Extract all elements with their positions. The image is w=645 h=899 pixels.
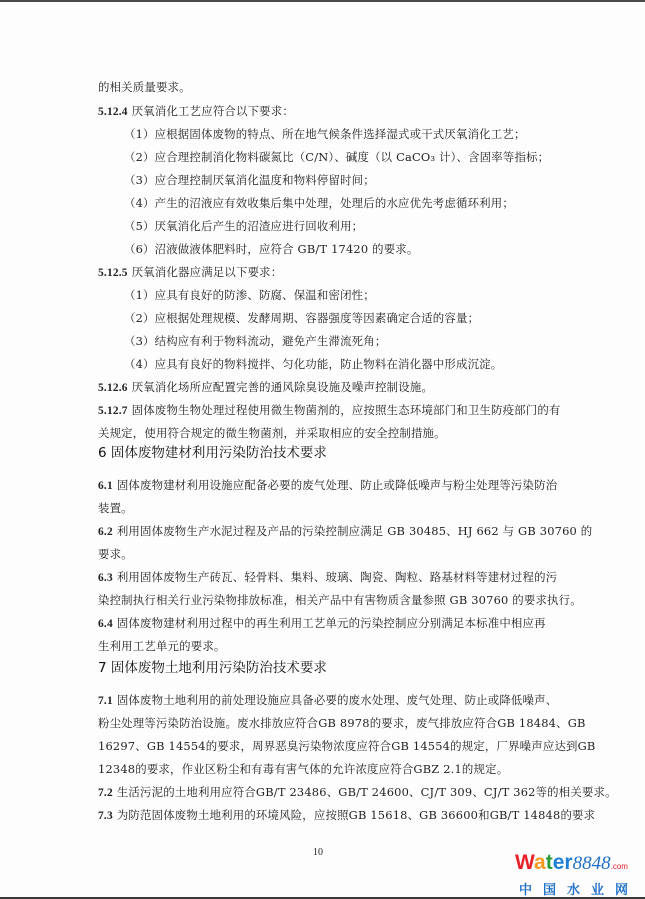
- text-line: 粉尘处理等污染防治设施。废水排放应符合GB 8978的要求，废气排放应符合GB …: [98, 716, 586, 730]
- text-line: 16297、GB 14554的要求，周界恶臭污染物浓度应符合GB 14554的规…: [98, 739, 596, 753]
- list-item: （1）应具有良好的防渗、防腐、保温和密闭性；: [124, 288, 375, 302]
- clause-6-4: 6.4固体废物建材利用过程中的再生利用工艺单元的污染控制应分别满足本标准中相应再: [98, 616, 546, 631]
- text-line: 关规定，使用符合规定的微生物菌剂，并采取相应的安全控制措施。: [98, 426, 446, 440]
- clause-7-3: 7.3为防范固体废物土地利用的环境风险，应按照GB 15618、GB 36600…: [98, 808, 595, 823]
- text-line: 生利用工艺单元的要求。: [98, 639, 226, 653]
- list-item: （3）应合理控制厌氧消化温度和物料停留时间；: [124, 173, 375, 187]
- section-heading-6: 6 固体废物建材利用污染防治技术要求: [98, 445, 327, 461]
- list-item: （4）应具有良好的物料搅拌、匀化功能，防止物料在消化器中形成沉淀。: [124, 357, 502, 371]
- list-item: （2）应根据处理规模、发酵周期、容器强度等因素确定合适的容量；: [124, 311, 479, 325]
- clause-5-12-6: 5.12.6厌氧消化场所应配置完善的通风除臭设施及噪声控制设施。: [98, 380, 433, 395]
- text-line: 12348的要求，作业区粉尘和有毒有害气体的允许浓度应符合GBZ 2.1的规定。: [98, 762, 508, 776]
- top-border: [0, 0, 645, 2]
- section-heading-7: 7 固体废物土地利用污染防治技术要求: [98, 660, 327, 676]
- text-line: 染控制执行相关行业污染物排放标准，相关产品中有害物质含量参照 GB 30760 …: [98, 593, 582, 607]
- clause-7-2: 7.2生活污泥的土地利用应符合GB/T 23486、GB/T 24600、CJ/…: [98, 785, 617, 800]
- clause-5-12-5: 5.12.5厌氧消化器应满足以下要求：: [98, 265, 282, 280]
- clause-6-1: 6.1固体废物建材利用设施应配备必要的废气处理、防止或降低噪声与粉尘处理等污染防…: [98, 478, 557, 493]
- text-line: 要求。: [98, 547, 133, 561]
- list-item: （6）沼液做液体肥料时，应符合 GB/T 17420 的要求。: [124, 242, 418, 256]
- list-item: （5）厌氧消化后产生的沼渣应进行回收利用；: [124, 219, 363, 233]
- list-item: （4）产生的沼液应有效收集后集中处理，处理后的水应优先考虑循环利用；: [124, 196, 514, 210]
- watermark-logo: Water8848.com 中国水业网: [515, 852, 643, 898]
- list-item: （2）应合理控制消化物料碳氮比（C/N）、碱度（以 CaCO₃ 计）、含固率等指…: [124, 150, 549, 164]
- clause-6-2: 6.2利用固体废物生产水泥过程及产品的污染控制应满足 GB 30485、HJ 6…: [98, 524, 592, 539]
- clause-7-1: 7.1固体废物土地利用的前处理设施应具备必要的废水处理、废气处理、防止或降低噪声…: [98, 693, 557, 708]
- watermark-brand: Water8848.com: [515, 852, 643, 878]
- clause-6-3: 6.3利用固体废物生产砖瓦、轻骨料、集料、玻璃、陶瓷、陶粒、路基材料等建材过程的…: [98, 570, 557, 585]
- clause-5-12-4: 5.12.4厌氧消化工艺应符合以下要求：: [98, 104, 294, 119]
- list-item: （1）应根据固体废物的特点、所在地气候条件选择湿式或干式厌氧消化工艺；: [124, 127, 526, 141]
- page-number: 10: [313, 847, 323, 858]
- text-line: 的相关质量要求。: [98, 80, 191, 94]
- list-item: （3）结构应有利于物料流动，避免产生滞流死角；: [124, 334, 386, 348]
- text-line: 装置。: [98, 501, 133, 515]
- watermark-chinese: 中国水业网: [515, 879, 643, 898]
- clause-5-12-7: 5.12.7固体废物生物处理过程使用微生物菌剂的，应按照生态环境部门和卫生防疫部…: [98, 403, 561, 418]
